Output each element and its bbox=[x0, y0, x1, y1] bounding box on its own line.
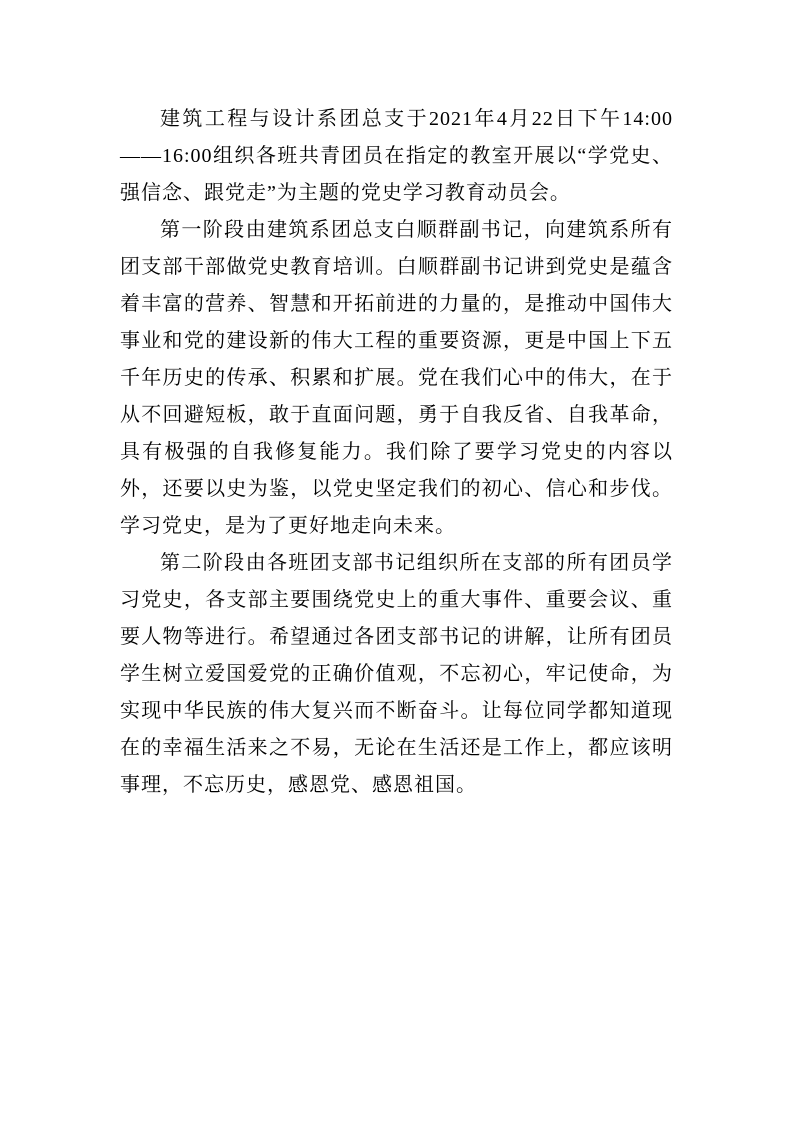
document-body-text: 建筑工程与设计系团总支于2021年4月22日下午14:00——16:00组织各班… bbox=[120, 101, 673, 804]
paragraph-stage-two: 第二阶段由各班团支部书记组织所在支部的所有团员学习党史，各支部主要围绕党史上的重… bbox=[120, 545, 673, 804]
document-page: 建筑工程与设计系团总支于2021年4月22日下午14:00——16:00组织各班… bbox=[0, 0, 793, 1122]
paragraph-stage-one: 第一阶段由建筑系团总支白顺群副书记，向建筑系所有团支部干部做党史教育培训。白顺群… bbox=[120, 212, 673, 545]
paragraph-intro: 建筑工程与设计系团总支于2021年4月22日下午14:00——16:00组织各班… bbox=[120, 101, 673, 212]
